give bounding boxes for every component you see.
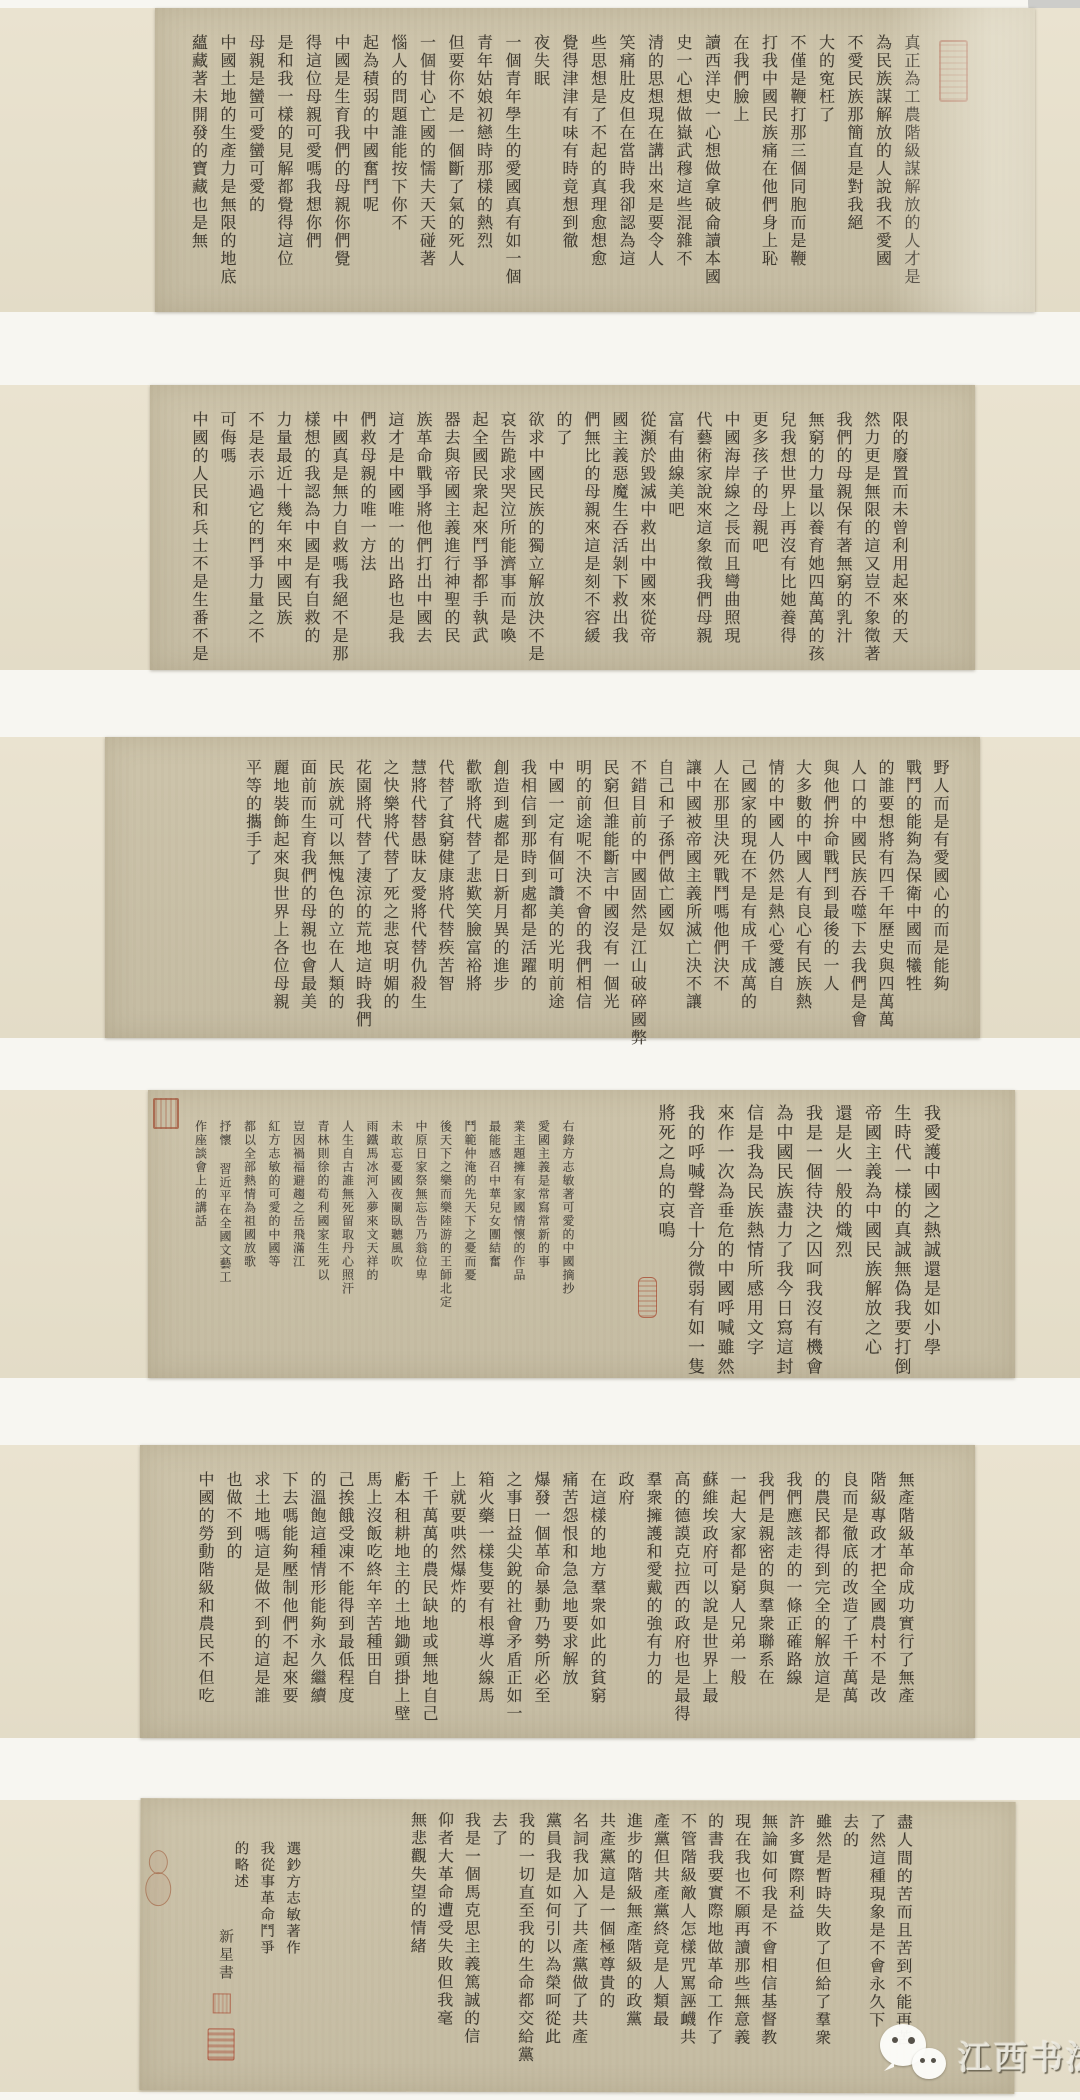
text-column: 右錄方志敏著可愛的中國摘抄 [560,1120,577,1296]
text-column: 民窮但誰能斷言中國沒有一個光 [599,759,622,1011]
text-column: 的了 [552,411,575,447]
text-column: 仰者大革命遭受失敗但我毫 [433,1811,457,2027]
text-column: 我是一個待決之囚呵我沒有機會 [800,1104,825,1377]
text-column: 平等的攜手了 [242,759,265,867]
text-column: 麗地裝飾起來與世界上各位母親 [269,759,292,1011]
text-block: 無產階級革命成功實行了無產階級專政才把全國農村不是改良而是徹底的改造了千千萬萬的… [148,1471,917,1728]
text-column: 大多數的中國人有良心有民族熱 [792,759,815,1011]
text-column: 慧將代替愚昧友愛將代替仇殺生 [407,759,430,1011]
text-block: 野人而是有愛國心的而是能夠戰鬥的能夠為保衛中國而犧牲的誰要想將有四千年歷史與四萬… [113,759,952,1028]
text-column: 野人而是有愛國心的而是能夠 [929,759,952,993]
text-column: 虧本租耕地主的土地鋤頭掛上壁 [390,1471,413,1723]
text-column: 讓中國被帝國主義所滅亡決不讓 [682,759,705,1011]
text-column: 起全國民衆起來鬥爭都手執武 [468,411,491,645]
square-seal-large-icon [207,2028,234,2060]
text-column: 覺得津津有味有時竟想到徹 [558,34,581,250]
watermark-label: 江西书法 [958,2032,1080,2079]
scroll-section-5: 無產階級革命成功實行了無產階級專政才把全國農村不是改良而是徹底的改造了千千萬萬的… [0,1445,1080,1738]
text-column: 族革命戰爭將他們打出中國去 [412,411,435,645]
text-column: 羣衆擁護和愛戴的強有力的 [642,1471,665,1687]
scroll-paper-3: 野人而是有愛國心的而是能夠戰鬥的能夠為保衛中國而犧牲的誰要想將有四千年歷史與四萬… [105,737,980,1038]
scroll-section-2: 限的廢置而未曾利用起來的天然力更是無限的這又豈不象徵著我們的母親保有著無窮的乳汁… [0,385,1080,670]
text-column: 千千萬萬的農民缺地或無地自己 [418,1471,441,1723]
bubble-eye [892,2037,898,2043]
gourd-shaped-seal-icon [145,1850,171,1906]
text-column: 一個青年學生的愛國真有如一個 [501,34,524,286]
text-column: 在這樣的地方羣衆如此的貧窮 [586,1471,609,1705]
text-column: 更多孩子的母親吧 [748,411,771,555]
text-column: 我的呼喊聲音十分微弱有如一隻 [682,1104,707,1377]
text-column: 我愛護中國之熱誠還是如小學 [918,1104,943,1358]
text-column: 政府 [614,1471,637,1507]
text-column: 惱人的問題誰能按下你不 [387,34,410,232]
chat-bubble-small [912,2048,946,2079]
text-column: 中國海岸線之長而且彎曲照現 [720,411,743,645]
text-column: 共產黨這是一個極尊貴的 [595,1812,619,2010]
text-column: 痛苦怨恨和急急地要求解放 [558,1471,581,1687]
scroll-paper-2: 限的廢置而未曾利用起來的天然力更是無限的這又豈不象徵著我們的母親保有著無窮的乳汁… [150,385,975,670]
relief-rectangular-seal-icon [939,40,968,102]
text-column: 高的德謨克拉西的政府也是最得 [670,1471,693,1723]
text-column: 哀告跪求哭泣所能濟事而是喚 [496,411,519,645]
text-column: 在我們臉上 [729,34,752,124]
text-column: 母親是蠻可愛蠻可愛的 [245,34,268,214]
text-column: 我們應該走的一條正確路線 [782,1471,805,1687]
text-column: 下去嗎能夠壓制他們不起來要 [278,1471,301,1705]
text-column: 民族就可以無愧色的立在人類的 [324,759,347,1011]
text-column: 人在那里決死戰鬥嗎他們決不 [709,759,732,993]
text-column: 名詞我加入了共產黨做了共產 [568,1812,592,2046]
text-column: 明的前途呢不決不會的我們相信 [572,759,595,1011]
text-column: 的誰要想將有四千年歷史與四萬萬 [874,759,897,1029]
text-column: 良而是徹底的改造了千千萬萬 [838,1471,861,1705]
text-column: 生時代一樣的真誠無偽我要打倒 [889,1104,914,1377]
text-column: 創造到處都是日新月異的進步 [489,759,512,993]
text-column: 我的一切直至我的生命都交給黨 [513,1812,537,2064]
text-column: 得這位母親可愛嗎我想你們 [302,34,325,250]
text-column: 我們是親密的與羣衆聯系在 [754,1471,777,1687]
text-column: 了然這種現象是不會永久下 [865,1813,889,2029]
text-column: 產黨但共產黨終竟是人類最 [649,1812,673,2028]
text-column: 爆發一個革命暴動乃勢所必至 [530,1471,553,1705]
text-column: 們無比的母親來這是刻不容緩 [580,411,603,645]
text-column: 中原日家祭無忘告乃翁位卑 [413,1120,430,1282]
text-column: 中國一定有個可讚美的光明前途 [544,759,567,1011]
scroll-paper-1: 真正為工農階級謀解放的人才是為民族謀解放的人說我不愛國不愛民族那簡直是對我絕大的… [155,8,1035,312]
text-column: 盡人間的苦而且苦到不能再苦 [892,1813,916,2047]
text-column: 起為積弱的中國奮鬥呢 [359,34,382,214]
text-column: 青林則徐的苟利國家生死以 [315,1120,332,1282]
text-column: 些思想是了不起的真理愈想愈 [587,34,610,268]
text-column: 雖然是暫時失敗了但給了羣衆 [811,1813,835,2047]
text-column: 清的思想現在講出來是要令人 [644,34,667,268]
text-column: 不是表示過它的鬥爭力量之不 [244,411,267,645]
text-column: 一起大家都是窮人兄弟一般 [726,1471,749,1687]
text-column: 作座談會上的講話 [193,1120,210,1228]
text-column: 的略述 [230,1840,251,1890]
scroll-paper-5: 無產階級革命成功實行了無產階級專政才把全國農村不是改良而是徹底的改造了千千萬萬的… [140,1445,975,1738]
text-column: 中國是生育我們的母親你們覺 [330,34,353,268]
text-column: 將死之鳥的哀鳴 [653,1104,678,1241]
text-column: 我們的母親保有著無窮的乳汁 [832,411,855,645]
text-column: 我從事革命鬥爭 [256,1841,278,1957]
text-column: 來作一次為垂危的中國呼喊雖然 [712,1104,737,1377]
text-column: 國主義惡魔生吞活剝下救出我 [608,411,631,645]
artist-signature: 新星書 [216,1928,237,1982]
text-column: 求土地嗎這是做不到的這是誰 [250,1471,273,1705]
text-column: 是和我一樣的見解都覺得這位 [273,34,296,268]
text-column: 器去與帝國主義進行神聖的民 [440,411,463,645]
text-column: 欲求中國民族的獨立解放決不是 [524,411,547,663]
text-column: 可侮嗎 [216,411,239,465]
text-column: 還是火一般的熾烈 [830,1104,855,1260]
text-column: 一個甘心亡國的懦夫天天碰著 [416,34,439,268]
text-column: 中國的勞動階級和農民不但吃 [194,1471,217,1705]
text-column: 己挨餓受凍不能得到最低程度 [334,1471,357,1705]
text-column: 我相信到那時到處都是活躍的 [517,759,540,993]
text-column: 史一心想做嶽武穆這些混雜不 [672,34,695,268]
text-block: 真正為工農階級謀解放的人才是為民族謀解放的人說我不愛國不愛民族那簡直是對我絕大的… [163,34,923,302]
text-column: 蘊藏著未開發的寶藏也是無 [188,34,211,250]
text-column: 豈因禍福避趨之岳飛滿江 [291,1120,308,1269]
gourd-seal-bottom [145,1872,171,1906]
text-column: 無產階級革命成功實行了無產 [894,1471,917,1705]
gourd-seal-top [149,1850,168,1874]
text-column: 未敢忘憂國夜闌臥聽風吹 [389,1120,406,1269]
text-column: 愛國主義是常寫常新的事 [536,1120,553,1269]
text-column: 樣想的我認為中國是有自救的 [300,411,323,645]
text-column: 真正為工農階級謀解放的人才是 [900,34,923,286]
scroll-section-1: 真正為工農階級謀解放的人才是為民族謀解放的人說我不愛國不愛民族那簡直是對我絕大的… [0,8,1080,312]
text-column: 進步的階級無產階級的政黨 [622,1812,646,2028]
bubble-eye [908,2037,915,2044]
calligraphy-scroll-photo: 真正為工農階級謀解放的人才是為民族謀解放的人說我不愛國不愛民族那簡直是對我絕大的… [0,0,1080,2100]
text-column: 鬥範仲淹的先天下之憂而憂 [462,1120,479,1282]
text-column: 上就要哄然爆炸的 [446,1471,469,1615]
text-column: 無窮的力量以養育她四萬萬的孩 [804,411,827,663]
text-column: 笑痛肚皮但在當時我卻認為這 [615,34,638,268]
text-column: 這才是中國唯一的出路也是我 [384,411,407,645]
text-column: 之快樂將代替了死之悲哀明媚的 [379,759,402,1011]
text-column: 我是一個馬克思主義篤誠的信 [460,1811,484,2045]
text-column: 面前而生育我們的母親也會最美 [297,759,320,1011]
text-column: 從瀕於毀滅中救出中國來從帝 [636,411,659,645]
text-column: 情的中國人仍然是熱心愛護自 [764,759,787,993]
text-column: 青年姑娘初戀時那樣的熱烈 [473,34,496,250]
text-column: 中國真是無力自救嗎我絕不是那 [328,411,351,663]
text-column: 去的 [838,1813,861,1849]
watermark: 江西书法 [878,2022,1078,2082]
bubble-eye [920,2058,925,2063]
text-column: 代替了貧窮健康將代替疾苦智 [434,759,457,993]
text-column: 為中國民族盡力了我今日寫這封 [771,1104,796,1377]
text-column: 力量最近十幾年來中國民族 [272,411,295,627]
square-collector-seal-icon [153,1098,179,1129]
text-column: 無論如何我是不會相信基督教 [757,1813,781,2047]
text-column: 人口的中國民族吞噬下去我們是會 [847,759,870,1029]
colophon-block: 右錄方志敏著可愛的中國摘抄愛國主義是常寫常新的事業主題擁有家國情懷的作品最能感召… [156,1120,577,1368]
text-column: 但要你不是一個斷了氣的死人 [444,34,467,268]
text-column: 然力更是無限的這又豈不象徵著 [860,411,883,663]
text-column: 己國家的現在不是有成千成萬的 [737,759,760,1011]
text-column: 的溫飽這種情形能夠永久繼續 [306,1471,329,1705]
text-column: 的農民都得到完全的解放這是 [810,1471,833,1705]
text-column: 現在我也不願再讀那些無意義 [730,1813,754,2047]
text-column: 夜失眠 [530,34,553,88]
text-column: 戰鬥的能夠為保衛中國而犧牲 [902,759,925,993]
text-column: 讀西洋史一心想做拿破侖讀本國 [701,34,724,286]
text-column: 打我中國民族痛在他們身上恥 [758,34,781,268]
text-column: 最能感召中華兒女團結奮 [487,1120,504,1269]
text-column: 業主題擁有家國情懷的作品 [511,1120,528,1282]
text-column: 不僅是鞭打那三個同胞而是鞭 [786,34,809,268]
text-column: 富有曲線美吧 [664,411,687,519]
text-column: 之事日益尖銳的社會矛盾正如一 [502,1471,525,1723]
text-column: 不愛民族那簡直是對我絕 [843,34,866,232]
wechat-icon [878,2022,954,2080]
text-column: 都以全部熱情為祖國放歌 [242,1120,259,1269]
text-column: 不錯目前的中國固然是江山破碎國弊 [627,759,650,1047]
text-column: 大的寃枉了 [815,34,838,124]
text-column: 馬上沒飯吃終年辛苦種田自 [362,1471,385,1687]
small-rounded-seal-icon [638,1277,657,1318]
text-column: 去了 [487,1812,510,1848]
scroll-paper-4: 我愛護中國之熱誠還是如小學生時代一樣的真誠無偽我要打倒帝國主義為中國民族解放之心… [148,1090,1015,1378]
text-column: 無悲觀失望的情緒 [406,1811,430,1955]
text-column: 為民族謀解放的人說我不愛國 [872,34,895,268]
scroll-section-3: 野人而是有愛國心的而是能夠戰鬥的能夠為保衛中國而犧牲的誰要想將有四千年歷史與四萬… [0,737,1080,1038]
text-column: 自己和子孫們做亡國奴 [654,759,677,939]
text-column: 後天下之樂而樂陸游的王師北定 [438,1120,455,1309]
text-column: 紅方志敏的可愛的中國等 [266,1120,283,1269]
text-column: 限的廢置而未曾利用起來的天 [888,411,911,645]
square-seal-small-icon [213,1993,231,2013]
text-block: 限的廢置而未曾利用起來的天然力更是無限的這又豈不象徵著我們的母親保有著無窮的乳汁… [158,411,911,660]
text-column: 中國土地的生產力是無限的地底 [216,34,239,286]
text-column: 選鈔方志敏著作 [282,1841,304,1957]
text-column: 蘇維埃政府可以說是世界上最 [698,1471,721,1705]
text-column: 花園將代替了淒涼的荒地這時我們 [352,759,375,1029]
text-column: 的書我要實際地做革命工作了 [703,1813,727,2047]
text-column: 代藝術家說來這象徵我們母親 [692,411,715,645]
text-column: 與他們拚命戰鬥到最後的一人 [819,759,842,993]
text-column: 抒懷 習近平在全國文藝工 [217,1120,234,1284]
text-column: 帝國主義為中國民族解放之心 [859,1104,884,1358]
text-column: 中國的人民和兵士不是生番不是 [188,411,211,663]
text-column: 階級專政才把全國農村不是改 [866,1471,889,1705]
text-column: 兒我想世界上再沒有比她養得 [776,411,799,645]
bubble-eye [931,2058,936,2063]
text-column: 們救母親的唯一方法 [356,411,379,573]
text-column: 人生自古誰無死留取丹心照汗 [340,1120,357,1296]
text-column: 雨鐵馬冰河入夢來文天祥的 [364,1120,381,1282]
text-column: 黨員我是如何引以為榮呵從此 [541,1812,565,2046]
text-column: 歡歌將代替了悲歎笑臉富裕將 [462,759,485,993]
scroll-section-4: 我愛護中國之熱誠還是如小學生時代一樣的真誠無偽我要打倒帝國主義為中國民族解放之心… [0,1090,1080,1378]
text-column: 箱火藥一樣隻要有根導火線馬 [474,1471,497,1705]
text-column: 許多實際利益 [784,1813,807,1921]
text-column: 信是我為民族熱情所感用文字 [741,1104,766,1358]
text-column: 不管階級敵人怎樣咒罵誣衊共 [676,1812,700,2046]
text-column: 也做不到的 [222,1471,245,1561]
